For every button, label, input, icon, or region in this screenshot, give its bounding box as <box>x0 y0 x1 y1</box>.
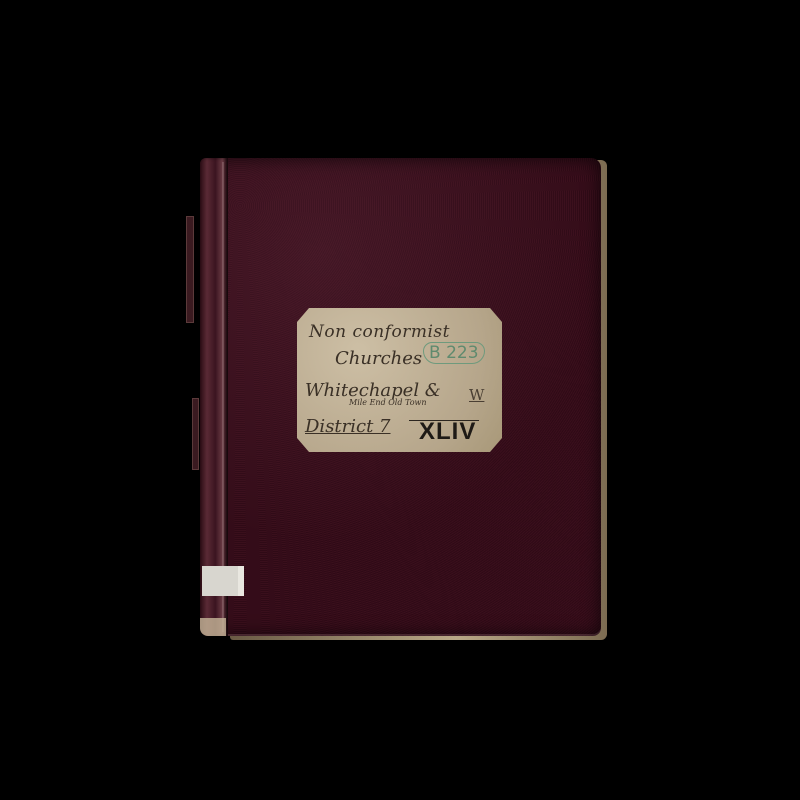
label-line-3-sub: Mile End Old Town <box>349 398 427 407</box>
worn-corner <box>200 618 226 636</box>
label-line-4: District 7 <box>305 416 391 437</box>
green-catalogue-mark: B 223 <box>423 342 485 364</box>
book-spine <box>200 158 228 636</box>
spine-strap-top <box>186 216 194 323</box>
roman-numeral: XLIV <box>419 418 476 446</box>
spine-white-label <box>202 566 244 596</box>
label-line-2: Churches <box>335 348 422 369</box>
label-letter: W <box>469 386 484 404</box>
spine-crease <box>222 162 224 632</box>
cover-label: Non conformist Churches B 223 Whitechape… <box>297 308 502 452</box>
spine-strap-middle <box>192 398 199 470</box>
notebook: Non conformist Churches B 223 Whitechape… <box>200 158 608 642</box>
label-line-1: Non conformist <box>309 322 450 342</box>
book-cover: Non conformist Churches B 223 Whitechape… <box>200 158 601 636</box>
